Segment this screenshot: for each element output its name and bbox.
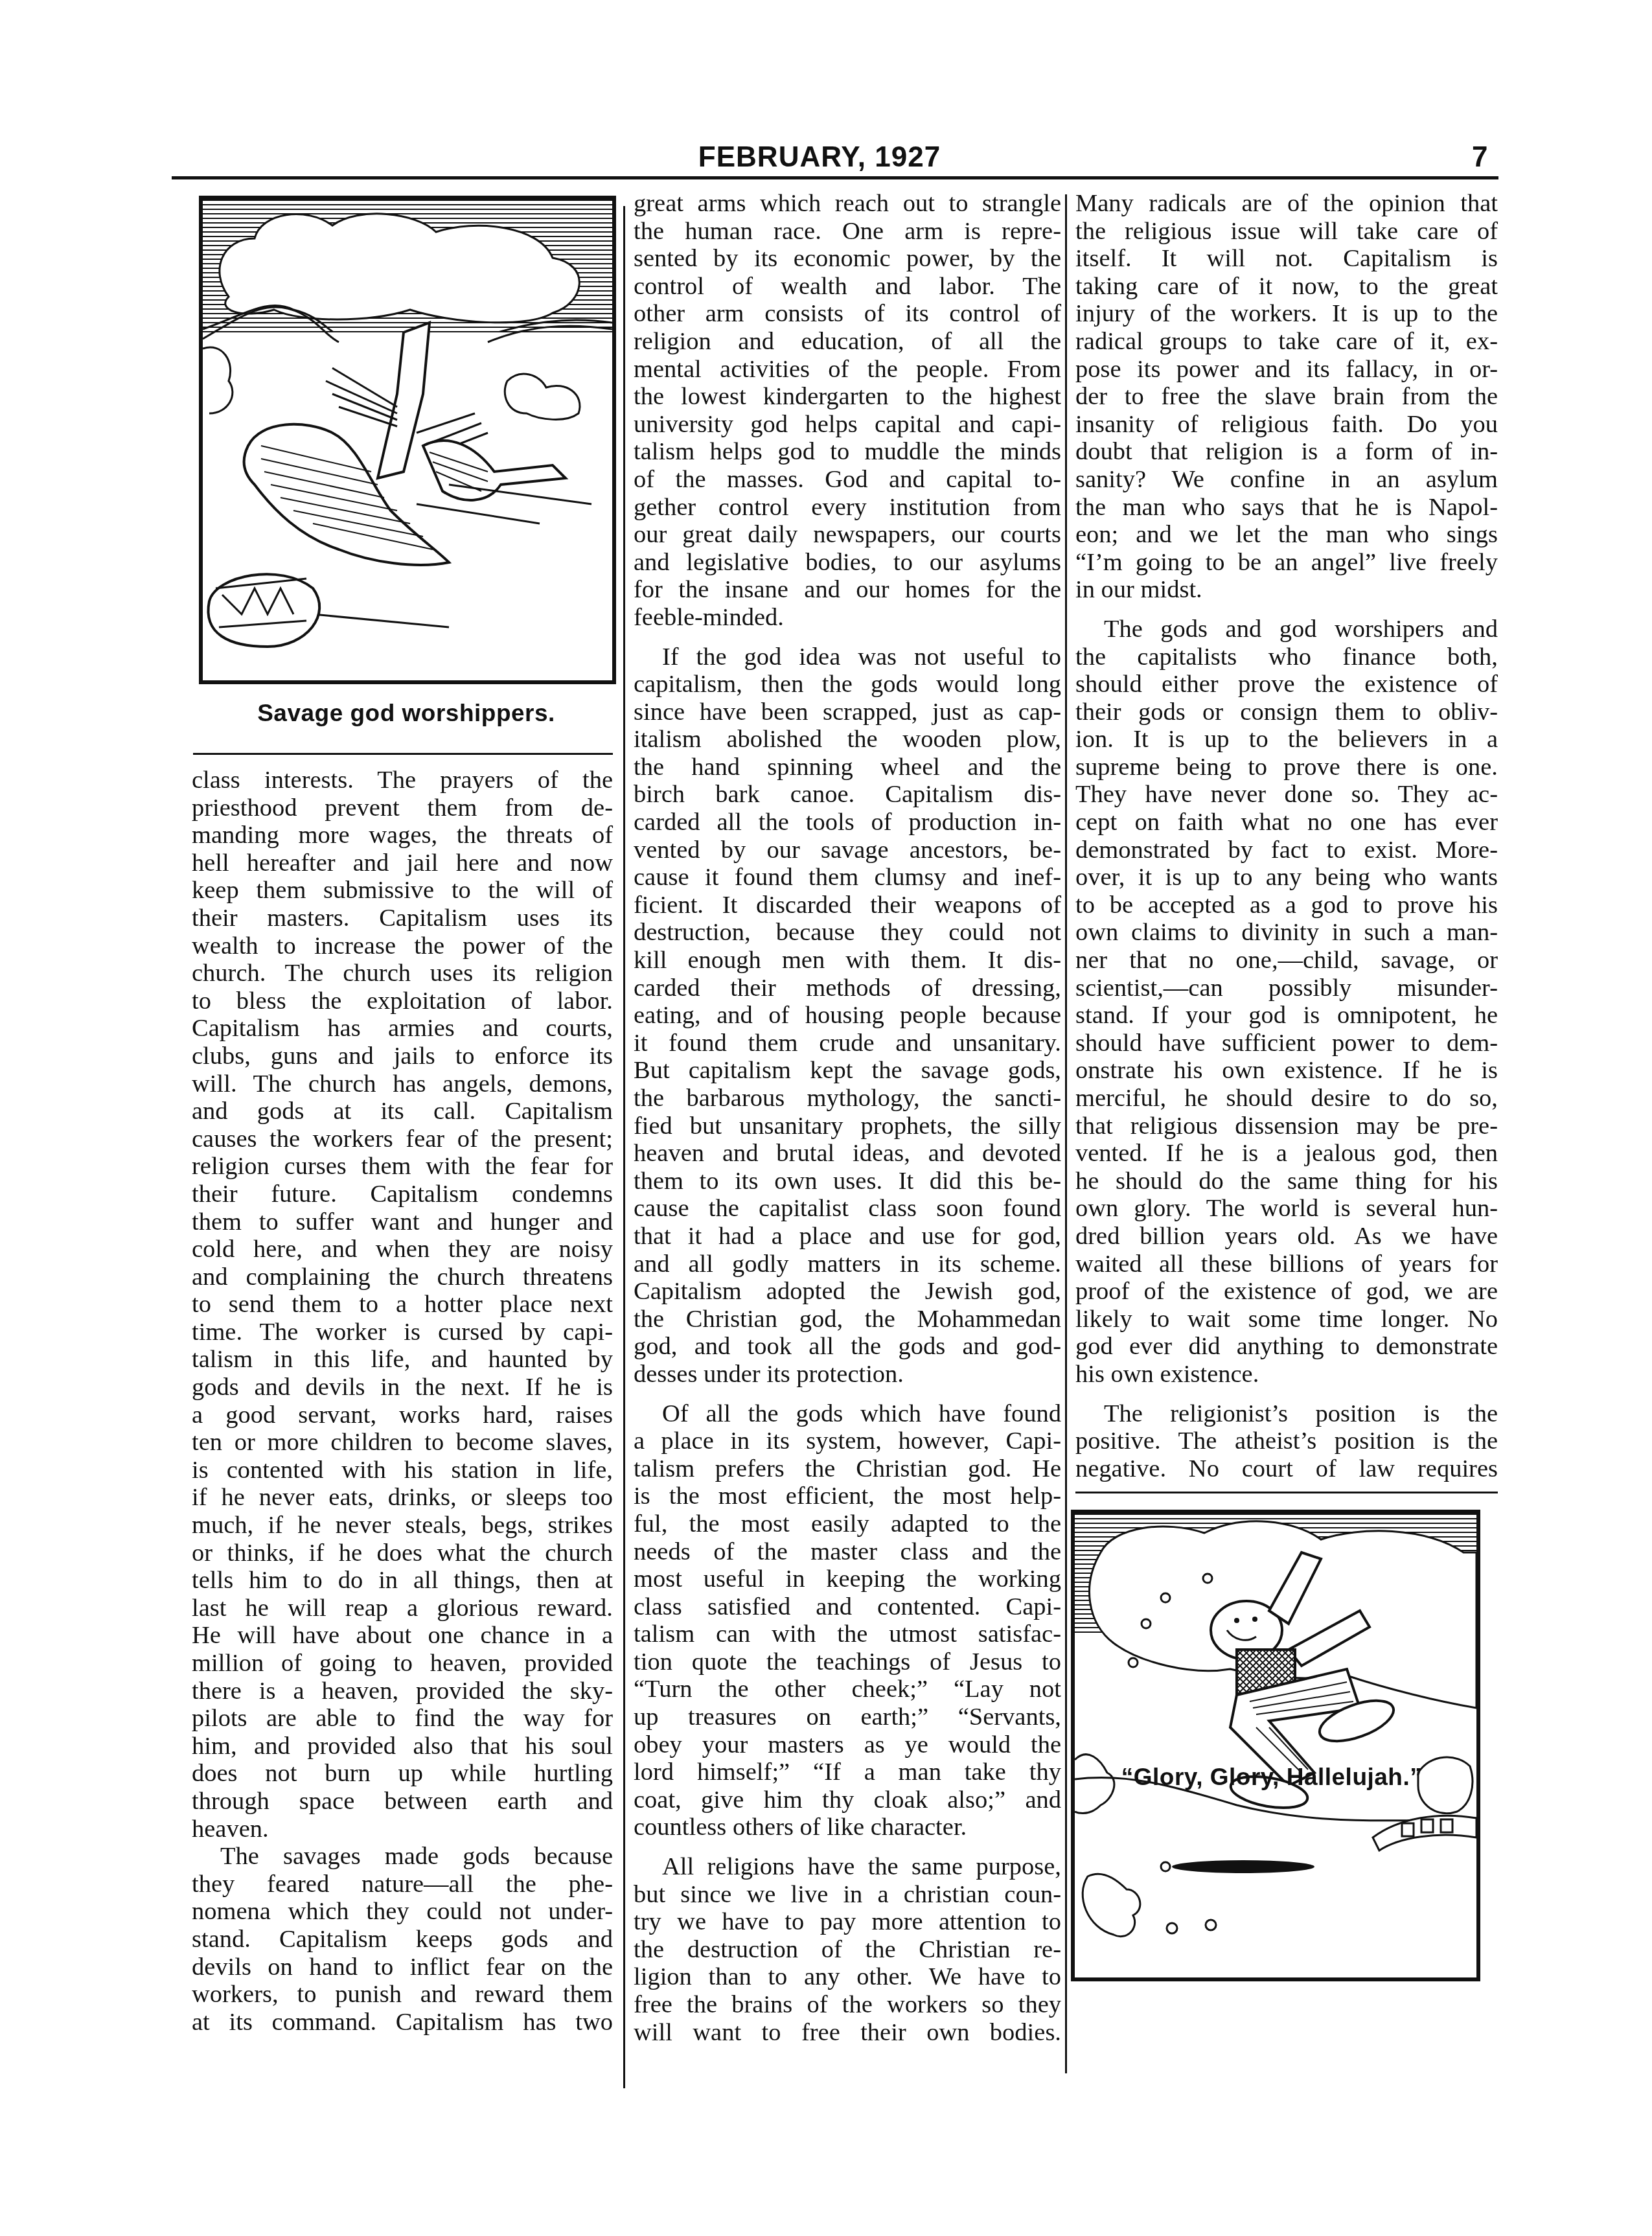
text-line: nomena which they could not under- xyxy=(192,1898,613,1926)
text-line: pilots are able to find the way for xyxy=(192,1705,613,1733)
text-line: his own existence. xyxy=(1075,1361,1498,1389)
text-line: them to its own uses. It did this be- xyxy=(634,1168,1061,1195)
text-line: that religious dissension may be pre- xyxy=(1075,1112,1498,1140)
text-line: that it had a place and use for god, xyxy=(634,1223,1061,1251)
column-divider-left xyxy=(623,206,625,2088)
text-line: supreme being to prove there is one. xyxy=(1075,754,1498,781)
text-line: since have been scrapped, just as cap- xyxy=(634,698,1061,726)
text-line: carded all the tools of production in- xyxy=(634,809,1061,836)
leaping-man-drawing-icon xyxy=(1075,1514,1476,1977)
text-line: to be accepted as a god to prove his xyxy=(1075,892,1498,919)
text-line: class satisfied and contented. Capi- xyxy=(634,1593,1061,1621)
text-line: will want to free their own bodies. xyxy=(634,2019,1061,2047)
text-line: the man who says that he is Napol- xyxy=(1075,494,1498,522)
paragraph-continued: they feared nature—all the phe- nomena w… xyxy=(192,1871,613,2036)
text-line: talism prefers the Christian god. He xyxy=(634,1455,1061,1483)
text-line: if he never eats, drinks, or sleeps too xyxy=(192,1484,613,1512)
text-line: other arm consists of its control of xyxy=(634,300,1061,328)
paragraph: If the god idea was not useful to capita… xyxy=(634,643,1061,1389)
text-line: own glory. The world is several hun- xyxy=(1075,1195,1498,1223)
text-line: keep them submissive to the will of xyxy=(192,877,613,905)
text-line: onstrate his own existence. If he is xyxy=(1075,1057,1498,1085)
text-line: positive. The atheist’s position is the xyxy=(1075,1427,1498,1455)
text-line: destruction, because they could not xyxy=(634,919,1061,947)
text-line: wealth to increase the power of the xyxy=(192,932,613,960)
issue-date: FEBRUARY, 1927 xyxy=(619,141,1020,174)
text-line: their future. Capitalism condemns xyxy=(192,1181,613,1208)
text-line: ion. It is up to the believers in a xyxy=(1075,726,1498,754)
text-line: itself. It will not. Capitalism is xyxy=(1075,245,1498,273)
text-line: a good servant, works hard, raises xyxy=(192,1401,613,1429)
text-line: ten or more children to become slaves, xyxy=(192,1429,613,1457)
text-line: church. The church uses its religion xyxy=(192,960,613,987)
figure-caption: Savage god worshippers. xyxy=(199,700,614,727)
text-line: their masters. Capitalism uses its xyxy=(192,905,613,932)
text-line: stand. If your god is omnipotent, he xyxy=(1075,1002,1498,1030)
text-line: ful, the most easily adapted to the xyxy=(634,1510,1061,1538)
text-line: The religionist’s position is the xyxy=(1075,1400,1498,1428)
text-line: coat, give him thy cloak also;” and xyxy=(634,1786,1061,1814)
text-line: Capitalism has armies and courts, xyxy=(192,1015,613,1043)
magazine-page: FEBRUARY, 1927 7 xyxy=(0,0,1652,2236)
text-line: talism in this life, and haunted by xyxy=(192,1346,613,1374)
text-line: them to suffer want and hunger and xyxy=(192,1208,613,1236)
text-line: If the god idea was not useful to xyxy=(634,643,1061,671)
text-line: god ever did anything to demonstrate xyxy=(1075,1333,1498,1361)
paragraph: Many radicals are of the opinion that th… xyxy=(1075,190,1498,604)
text-line: proof of the existence of god, we are xyxy=(1075,1278,1498,1306)
text-line: ficient. It discarded their weapons of xyxy=(634,892,1061,919)
text-line: tells him to do in all things, then at xyxy=(192,1567,613,1595)
text-line: scientist,—can possibly misunder- xyxy=(1075,974,1498,1002)
text-line: should have sufficient power to dem- xyxy=(1075,1030,1498,1057)
text-line: insanity of religious faith. Do you xyxy=(1075,411,1498,439)
page-number: 7 xyxy=(1472,141,1487,174)
illustration-savage-god-worshippers xyxy=(199,196,616,684)
text-line: free the brains of the workers so they xyxy=(634,1991,1061,2019)
text-line: waited all these billions of years for xyxy=(1075,1251,1498,1278)
text-line: He will have about one chance in a xyxy=(192,1622,613,1650)
text-line: workers, to punish and reward them xyxy=(192,1981,613,2009)
text-line: dred billion years old. As we have xyxy=(1075,1223,1498,1251)
text-line: “I’m going to be an angel” live freely xyxy=(1075,549,1498,577)
text-line: heaven and brutal ideas, and devoted xyxy=(634,1140,1061,1168)
text-line: But capitalism kept the savage gods, xyxy=(634,1057,1061,1085)
paragraph: class interests. The prayers of the prie… xyxy=(192,766,613,1843)
text-line: is contented with his station in life, xyxy=(192,1457,613,1484)
text-line: causes the workers fear of the present; xyxy=(192,1125,613,1153)
text-line: feeble-minded. xyxy=(634,604,1061,632)
text-line: last he will reap a glorious reward. xyxy=(192,1595,613,1622)
text-line: carded their methods of dressing, xyxy=(634,974,1061,1002)
text-line: capitalism, then the gods would long xyxy=(634,671,1061,698)
text-line: and gods at its call. Capitalism xyxy=(192,1098,613,1125)
text-line: pose its power and its fallacy, in or- xyxy=(1075,356,1498,384)
text-line: talism can with the utmost satisfac- xyxy=(634,1620,1061,1648)
text-line: fied but unsanitary prophets, the silly xyxy=(634,1112,1061,1140)
text-line: needs of the master class and the xyxy=(634,1538,1061,1566)
text-line: mental activities of the people. From xyxy=(634,356,1061,384)
text-line: up treasures on earth;” “Servants, xyxy=(634,1703,1061,1731)
text-line: All religions have the same purpose, xyxy=(634,1853,1061,1881)
text-line: sented by its economic power, by the xyxy=(634,245,1061,273)
text-line: control of wealth and labor. The xyxy=(634,273,1061,301)
article-column-1: class interests. The prayers of the prie… xyxy=(192,766,613,2036)
column-divider-right xyxy=(1065,194,1067,2073)
text-line: cause the capitalist class soon found xyxy=(634,1195,1061,1223)
text-line: the capitalists who finance both, xyxy=(1075,643,1498,671)
text-line: countless others of like character. xyxy=(634,1814,1061,1841)
paragraph: The savages made gods because xyxy=(192,1843,613,1871)
text-line: the barbarous mythology, the sancti- xyxy=(634,1085,1061,1112)
text-line: desses under its protection. xyxy=(634,1361,1061,1389)
text-line: gether control every institution from xyxy=(634,494,1061,522)
article-column-2: great arms which reach out to strangle t… xyxy=(634,190,1061,2046)
text-line: for the insane and our homes for the xyxy=(634,576,1061,604)
text-line: merciful, he should desire to do so, xyxy=(1075,1085,1498,1112)
text-line: try we have to pay more attention to xyxy=(634,1908,1061,1936)
text-line: cold here, and when they are noisy xyxy=(192,1236,613,1263)
text-line: “Turn the other cheek;” “Lay not xyxy=(634,1676,1061,1703)
text-line: italism abolished the wooden plow, xyxy=(634,726,1061,754)
text-line: obey your masters as ye would the xyxy=(634,1731,1061,1759)
text-line: of the masses. God and capital to- xyxy=(634,466,1061,494)
paragraph: All religions have the same purpose, but… xyxy=(634,1853,1061,2046)
text-line: likely to wait some time longer. No xyxy=(1075,1306,1498,1333)
text-line: kill enough men with them. It dis- xyxy=(634,947,1061,974)
text-line: most useful in keeping the working xyxy=(634,1565,1061,1593)
text-line: ner that no one,—child, savage, or xyxy=(1075,947,1498,974)
text-line: They have never done so. They ac- xyxy=(1075,781,1498,809)
text-line: taking care of it now, to the great xyxy=(1075,273,1498,301)
text-line: is the most efficient, the most help- xyxy=(634,1482,1061,1510)
text-line: Many radicals are of the opinion that xyxy=(1075,190,1498,218)
text-line: great arms which reach out to strangle xyxy=(634,190,1061,218)
text-line: clubs, guns and jails to enforce its xyxy=(192,1043,613,1070)
text-line: the religious issue will take care of xyxy=(1075,218,1498,246)
text-line: does not burn up while hurtling xyxy=(192,1760,613,1788)
text-line: radical groups to take care of it, ex- xyxy=(1075,328,1498,356)
illustration-glory-hallelujah xyxy=(1071,1510,1480,1981)
text-line: over, it is up to any being who wants xyxy=(1075,864,1498,892)
text-line: Capitalism adopted the Jewish god, xyxy=(634,1278,1061,1306)
paragraph: The religionist’s position is the positi… xyxy=(1075,1400,1498,1483)
paragraph: The gods and god worshipers and the capi… xyxy=(1075,616,1498,1389)
text-line: birch bark canoe. Capitalism dis- xyxy=(634,781,1061,809)
text-line: cept on faith what no one has ever xyxy=(1075,809,1498,836)
text-line: a place in its system, however, Capi- xyxy=(634,1427,1061,1455)
text-line: religion and education, of all the xyxy=(634,328,1061,356)
text-line: it found them crude and unsanitary. xyxy=(634,1030,1061,1057)
caption-rule xyxy=(193,753,613,755)
text-line: lord himself;” “If a man take thy xyxy=(634,1758,1061,1786)
text-line: much, if he never steals, begs, strikes xyxy=(192,1512,613,1539)
worshippers-drawing-icon xyxy=(203,200,612,680)
text-line: vented. If he is a jealous god, then xyxy=(1075,1140,1498,1168)
text-line: own claims to divinity in such a man- xyxy=(1075,919,1498,947)
text-line: manding more wages, the threats of xyxy=(192,822,613,849)
text-line: their gods or consign them to obliv- xyxy=(1075,698,1498,726)
text-line: him, and provided also that his soul xyxy=(192,1733,613,1760)
text-line: The gods and god worshipers and xyxy=(1075,616,1498,643)
text-line: Of all the gods which have found xyxy=(634,1400,1061,1428)
text-line: hell hereafter and jail here and now xyxy=(192,849,613,877)
text-line: ligion than to any other. We have to xyxy=(634,1963,1061,1991)
text-line: devils on hand to inflict fear on the xyxy=(192,1954,613,1981)
text-line: religion curses them with the fear for xyxy=(192,1153,613,1181)
running-head: FEBRUARY, 1927 7 xyxy=(0,141,1652,180)
text-line: the destruction of the Christian re- xyxy=(634,1936,1061,1964)
text-line: sanity? We confine in an asylum xyxy=(1075,466,1498,494)
text-line: priesthood prevent them from de- xyxy=(192,794,613,822)
text-line: million of going to heaven, provided xyxy=(192,1650,613,1677)
text-line: or thinks, if he does what the church xyxy=(192,1539,613,1567)
text-line: The savages made gods because xyxy=(220,1843,613,1871)
text-line: at its command. Capitalism has two xyxy=(192,2009,613,2036)
paragraph: great arms which reach out to strangle t… xyxy=(634,190,1061,632)
text-line: the lowest kindergarten to the highest xyxy=(634,383,1061,411)
text-line: there is a heaven, provided the sky- xyxy=(192,1677,613,1705)
text-line: god, and took all the gods and god- xyxy=(634,1333,1061,1361)
text-line: heaven. xyxy=(192,1815,613,1843)
text-line: in our midst. xyxy=(1075,576,1498,604)
paragraph: Of all the gods which have found a place… xyxy=(634,1400,1061,1842)
text-line: the Christian god, the Mohammedan xyxy=(634,1306,1061,1333)
text-line: eon; and we let the man who sings xyxy=(1075,521,1498,549)
text-line: our great daily newspapers, our courts xyxy=(634,521,1061,549)
text-line: vented by our savage ancestors, be- xyxy=(634,836,1061,864)
text-line: they feared nature—all the phe- xyxy=(192,1871,613,1898)
text-line: demonstrated by fact to exist. More- xyxy=(1075,836,1498,864)
text-line: negative. No court of law requires xyxy=(1075,1455,1498,1483)
text-line: and complaining the church threatens xyxy=(192,1263,613,1291)
article-column-3: Many radicals are of the opinion that th… xyxy=(1075,190,1498,1482)
text-line: will. The church has angels, demons, xyxy=(192,1070,613,1098)
text-line: gods and devils in the next. If he is xyxy=(192,1374,613,1401)
section-rule xyxy=(1075,1492,1498,1493)
text-line: injury of the workers. It is up to the xyxy=(1075,300,1498,328)
text-line: but since we live in a christian coun- xyxy=(634,1881,1061,1909)
figure-caption: “Glory, Glory, Hallelujah.” xyxy=(1071,1764,1473,1791)
text-line: talism helps god to muddle the minds xyxy=(634,438,1061,466)
text-line: stand. Capitalism keeps gods and xyxy=(192,1926,613,1954)
text-line: the hand spinning wheel and the xyxy=(634,754,1061,781)
header-rule xyxy=(172,176,1498,179)
text-line: time. The worker is cursed by capi- xyxy=(192,1319,613,1346)
text-line: through space between earth and xyxy=(192,1788,613,1815)
text-line: the human race. One arm is repre- xyxy=(634,218,1061,246)
text-line: and legislative bodies, to our asylums xyxy=(634,549,1061,577)
text-line: doubt that religion is a form of in- xyxy=(1075,438,1498,466)
text-line: class interests. The prayers of the xyxy=(192,766,613,794)
text-line: eating, and of housing people because xyxy=(634,1002,1061,1030)
text-line: to send them to a hotter place next xyxy=(192,1291,613,1319)
text-line: to bless the exploitation of labor. xyxy=(192,987,613,1015)
text-line: and all godly matters in its scheme. xyxy=(634,1251,1061,1278)
text-line: university god helps capital and capi- xyxy=(634,411,1061,439)
text-line: tion quote the teachings of Jesus to xyxy=(634,1648,1061,1676)
text-line: he should do the same thing for his xyxy=(1075,1168,1498,1195)
text-line: cause it found them clumsy and inef- xyxy=(634,864,1061,892)
text-line: der to free the slave brain from the xyxy=(1075,383,1498,411)
text-line: should either prove the existence of xyxy=(1075,671,1498,698)
